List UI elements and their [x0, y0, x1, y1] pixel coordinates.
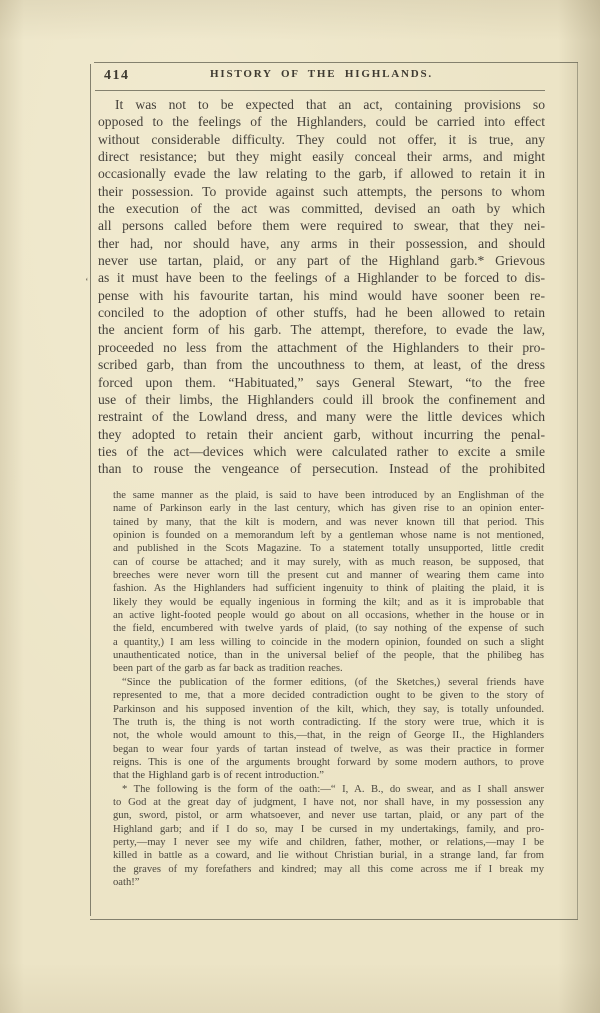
text-line: and published in the Scots Magazine. To …	[113, 542, 544, 555]
frame-top-rule	[94, 62, 578, 63]
text-line: the execution of the act was committed, …	[98, 200, 545, 217]
text-line: killed in battle as a coward, and lie wi…	[113, 849, 544, 862]
text-line: conciled to the adoption of other stuffs…	[98, 304, 545, 321]
frame-left-rule	[90, 64, 91, 916]
text-line: ther had, nor should have, any arms in t…	[98, 235, 545, 252]
text-line: occasionally evade the law relating to t…	[98, 165, 545, 182]
text-line: a quantity,) I am less willing to coinci…	[113, 636, 544, 649]
text-line: all persons called before them were requ…	[98, 217, 545, 234]
text-line: reigns. This is one of the arguments bro…	[113, 756, 544, 769]
text-line: * The following is the form of the oath:…	[113, 783, 544, 796]
text-line: than to rouse the vengeance of persecuti…	[98, 460, 545, 477]
text-line: began to wear four yards of tartan inste…	[113, 743, 544, 756]
main-text: It was not to be expected that an act, c…	[98, 96, 545, 478]
margin-ink-mark: ‘	[85, 276, 89, 288]
text-line: never use tartan, plaid, or any part of …	[98, 252, 545, 269]
text-line: perty,—may I never see my wife and child…	[113, 836, 544, 849]
text-line: an active light-footed people would go a…	[113, 609, 544, 622]
text-line: use of their limbs, the Highlanders coul…	[98, 391, 545, 408]
book-page: 414 HISTORY OF THE HIGHLANDS. It was not…	[0, 0, 600, 1013]
text-line: The truth is, the thing is not worth con…	[113, 716, 544, 729]
running-title: HISTORY OF THE HIGHLANDS.	[98, 68, 545, 80]
text-line: tained by many, that the kilt is modern,…	[113, 516, 544, 529]
frame-right-rule	[577, 62, 578, 919]
page-header: 414 HISTORY OF THE HIGHLANDS.	[98, 68, 545, 80]
text-line: scribed garb, than from the uncouthness …	[98, 356, 545, 373]
text-line: as it must have been to the feelings of …	[98, 269, 545, 286]
text-line: they adopted to retain their ancient gar…	[98, 426, 545, 443]
text-line: proceeded no less from the attachment of…	[98, 339, 545, 356]
text-line: opposed to the feelings of the Highlande…	[98, 113, 545, 130]
text-line: their possession. To provide against suc…	[98, 183, 545, 200]
page-number: 414	[104, 68, 130, 84]
text-line: gun, sword, pistol, or arm whatsoever, a…	[113, 809, 544, 822]
footnote-continuation: the same manner as the plaid, is said to…	[113, 489, 544, 676]
footnote-stewart-quote: “Since the publication of the former edi…	[113, 676, 544, 783]
text-line: Highland garb; and if I do so, may I be …	[113, 823, 544, 836]
text-line: Parkinson and his supposed invention of …	[113, 703, 544, 716]
text-line: that the Highland garb is of recent intr…	[113, 769, 544, 782]
text-line: restraint of the Lowland dress, and many…	[98, 408, 545, 425]
text-line: without considerable difficulty. They co…	[98, 131, 545, 148]
footnote-oath: * The following is the form of the oath:…	[113, 783, 544, 890]
text-line: oath!”	[113, 876, 544, 889]
text-line: unauthenticated notice, than in the univ…	[113, 649, 544, 662]
text-line: been part of the garb as far back as tra…	[113, 662, 544, 675]
text-line: likely they would be equally ingenious i…	[113, 596, 544, 609]
header-rule	[95, 90, 545, 91]
text-line: the ancient form of his garb. The attemp…	[98, 321, 545, 338]
text-line: not, the whole would amount to this,—tha…	[113, 729, 544, 742]
text-line: represented to me, that a more decided c…	[113, 689, 544, 702]
text-line: breeches were never worn till the presen…	[113, 569, 544, 582]
text-line: the graves of my forefathers and kindred…	[113, 863, 544, 876]
text-line: name of Parkinson early in the last cent…	[113, 502, 544, 515]
text-line: the same manner as the plaid, is said to…	[113, 489, 544, 502]
text-line: can of course be attached; and it may su…	[113, 556, 544, 569]
frame-bottom-rule	[90, 919, 578, 920]
text-line: fashion. As the Highlanders had sufficie…	[113, 582, 544, 595]
text-line: direct resistance; but they might easily…	[98, 148, 545, 165]
text-line: opinion is founded on a memorandum left …	[113, 529, 544, 542]
text-line: “Since the publication of the former edi…	[113, 676, 544, 689]
text-line: the field, encumbered with twelve yards …	[113, 622, 544, 635]
text-line: forced upon them. “Habituated,” says Gen…	[98, 374, 545, 391]
footnote-block: the same manner as the plaid, is said to…	[113, 489, 544, 889]
text-line: pense with his favourite tartan, his min…	[98, 287, 545, 304]
text-line: to God at the great day of judgment, I h…	[113, 796, 544, 809]
text-line: ties of the act—devices which were calcu…	[98, 443, 545, 460]
text-line: It was not to be expected that an act, c…	[98, 96, 545, 113]
